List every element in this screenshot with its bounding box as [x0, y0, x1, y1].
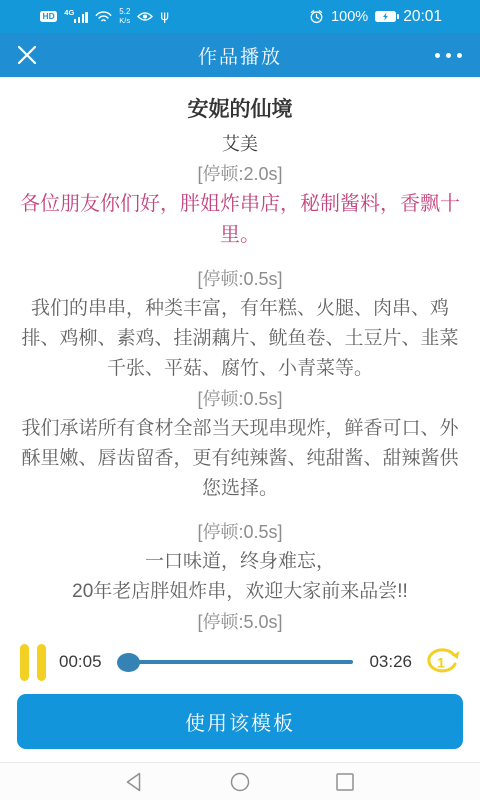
close-button[interactable] [16, 43, 40, 67]
repeat-one-icon: 1 [422, 646, 460, 678]
hd-voice-icon: HD [40, 11, 57, 22]
repeat-one-button[interactable]: 1 [422, 646, 460, 678]
status-bar: HD 4G 5.2 K/s [0, 0, 480, 33]
phone-screen: HD 4G 5.2 K/s [0, 0, 480, 800]
status-left-icons: HD 4G 5.2 K/s [40, 8, 169, 24]
pause-button[interactable] [20, 644, 46, 681]
pause-tag: [停顿:5.0s] [14, 607, 466, 637]
page-title: 作品播放 [0, 42, 480, 69]
script-line: 我们承诺所有食材全部当天现串现炸，鲜香可口、外酥里嫩、唇齿留香，更有纯辣酱、纯甜… [14, 414, 466, 504]
dot-icon [446, 53, 451, 58]
seek-bar[interactable] [118, 660, 354, 664]
script-line: 20年老店胖姐炸串，欢迎大家前来品尝!! [14, 577, 466, 607]
nav-back-button[interactable] [124, 771, 146, 793]
svg-text:1: 1 [437, 655, 445, 671]
script-line: 一口味道，终身难忘， [14, 547, 466, 577]
usb-icon: ψ [160, 10, 169, 23]
pause-icon [37, 644, 46, 681]
dot-icon [457, 53, 462, 58]
pause-tag: [停顿:2.0s] [14, 159, 466, 189]
nav-recents-button[interactable] [334, 771, 356, 793]
battery-icon [375, 11, 396, 22]
use-template-button[interactable]: 使用该模板 [17, 694, 463, 749]
close-icon [16, 44, 38, 66]
dot-icon [435, 53, 440, 58]
recents-square-icon [334, 771, 356, 793]
pause-icon [20, 644, 29, 681]
status-right-icons: 100% 20:01 [309, 8, 442, 26]
app-header: 作品播放 [0, 33, 480, 77]
audio-player: 00:05 03:26 1 [0, 634, 480, 690]
back-triangle-icon [124, 771, 146, 793]
nav-home-button[interactable] [229, 771, 251, 793]
pause-tag: [停顿:0.5s] [14, 517, 466, 547]
status-time: 20:01 [403, 8, 442, 26]
network-speed: 5.2 K/s [119, 8, 130, 24]
work-title: 安妮的仙境 [14, 93, 466, 123]
seek-thumb[interactable] [117, 653, 140, 672]
script-line-highlight: 各位朋友你们好，胖姐炸串店，秘制酱料，香飘十里。 [14, 189, 466, 251]
eye-protect-icon [137, 11, 153, 22]
wifi-icon [95, 10, 112, 23]
script-preview[interactable]: 安妮的仙境 艾美 [停顿:2.0s] 各位朋友你们好，胖姐炸串店，秘制酱料，香飘… [0, 77, 480, 637]
cell-signal-icon: 4G [64, 9, 88, 23]
total-time: 03:26 [369, 652, 412, 672]
battery-percent: 100% [331, 9, 368, 25]
voice-name: 艾美 [14, 130, 466, 156]
script-line: 我们的串串，种类丰富，有年糕、火腿、肉串、鸡排、鸡柳、素鸡、挂湖藕片、鱿鱼卷、土… [14, 294, 466, 384]
more-menu-button[interactable] [433, 47, 464, 64]
home-circle-icon [229, 771, 251, 793]
current-time: 00:05 [59, 652, 102, 672]
pause-tag: [停顿:0.5s] [14, 384, 466, 414]
pause-tag: [停顿:0.5s] [14, 264, 466, 294]
alarm-icon [309, 9, 324, 24]
android-nav-bar [0, 762, 480, 800]
